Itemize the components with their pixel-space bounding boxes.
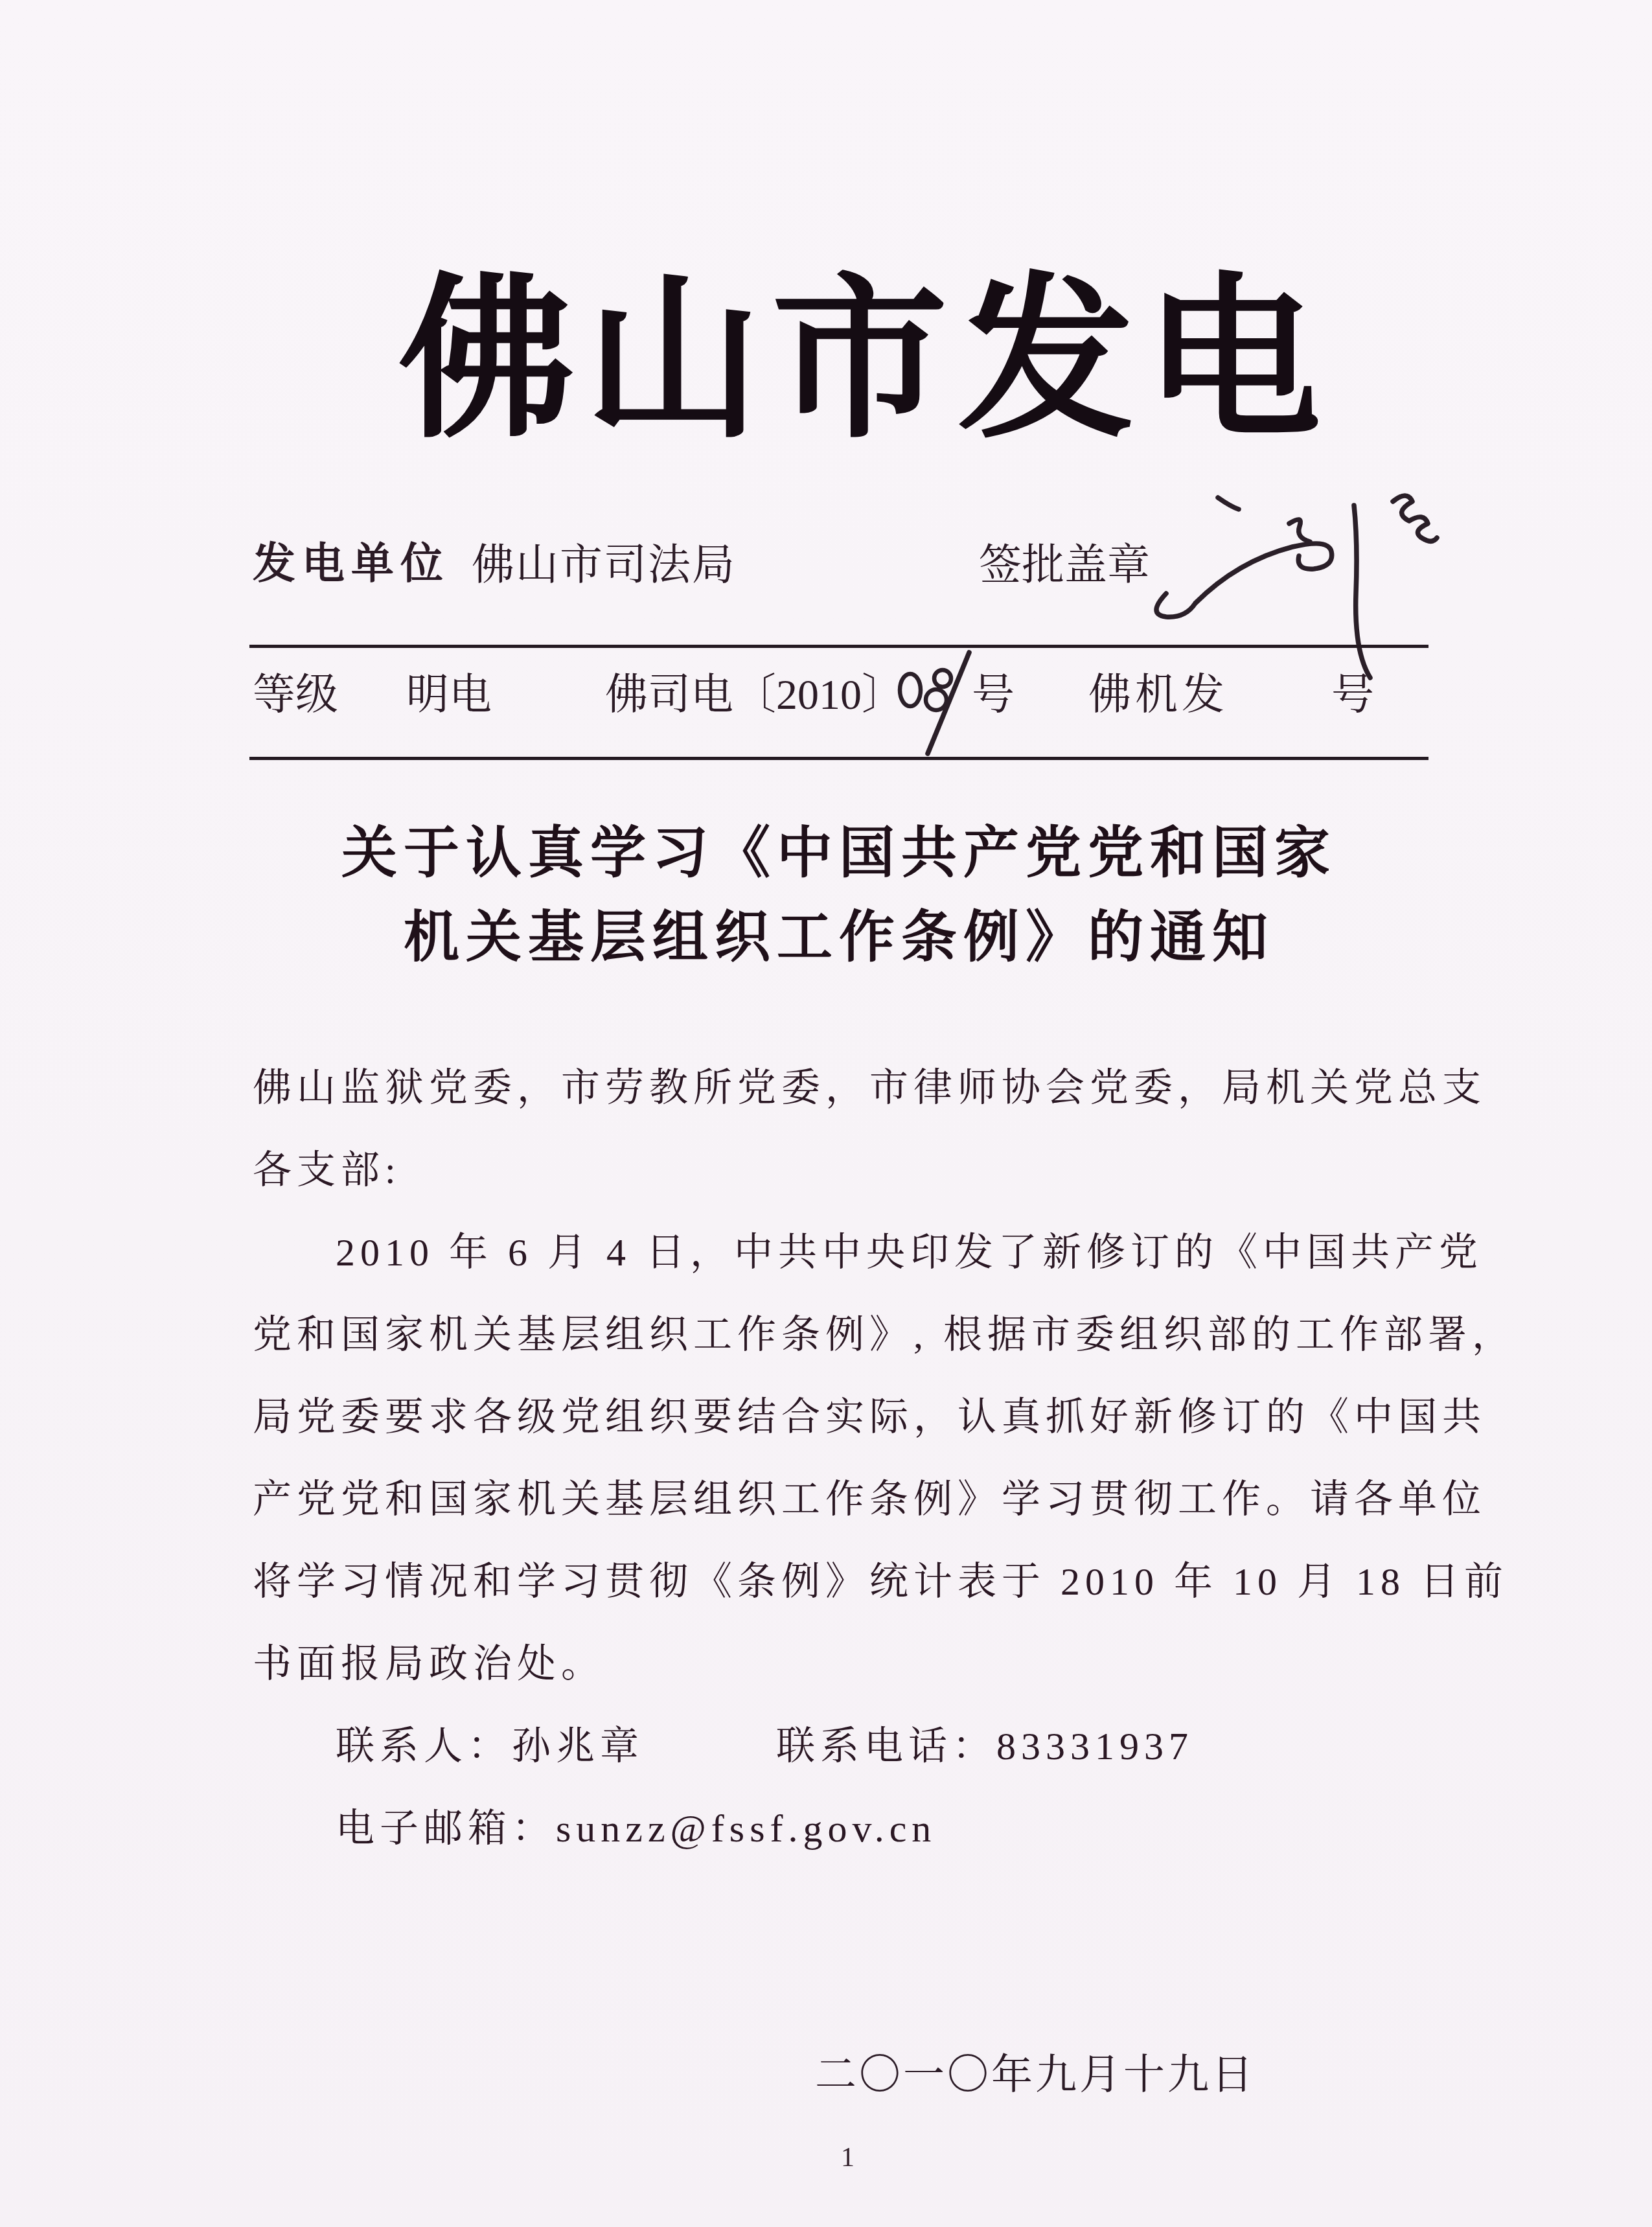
unit-value: 佛山市司法局 — [472, 544, 736, 587]
body-line: 书面报局政治处。 — [253, 1623, 1471, 1705]
body-line: 电子邮箱：sunzz@fssf.gov.cn — [253, 1788, 1471, 1870]
body-line: 党和国家机关基层组织工作条例》, 根据市委组织部的工作部署， — [253, 1294, 1471, 1376]
body-line: 将学习情况和学习贯彻《条例》统计表于 2010 年 10 月 18 日前 — [253, 1541, 1471, 1623]
body-line: 各支部: — [253, 1129, 1471, 1212]
sign-label: 签批盖章 — [979, 544, 1150, 587]
grade-value: 明电 — [406, 674, 492, 717]
grade-label: 等级 — [253, 674, 338, 717]
document-page: 佛山市发电 发电单位 佛山市司法局 签批盖章 等级 明电 佛司电〔2010〕 号… — [0, 0, 1652, 2227]
body-line: 2010 年 6 月 4 日，中共中央印发了新修订的《中国共产党 — [253, 1212, 1471, 1294]
handwritten-number-icon — [894, 638, 985, 761]
notice-body: 佛山监狱党委，市劳教所党委，市律师协会党委，局机关党总支各支部:2010 年 6… — [253, 1047, 1471, 1870]
notice-title: 关于认真学习《中国共产党党和国家 机关基层组织工作条例》的通知 — [13, 811, 1652, 980]
signature-icon — [1140, 464, 1477, 697]
unit-label: 发电单位 — [253, 543, 450, 586]
horizontal-rule-2 — [249, 757, 1428, 760]
page-number: 1 — [841, 2142, 855, 2173]
issue-date: 二〇一〇年九月十九日 — [815, 2041, 1256, 2101]
doc-number-prefix: 佛司电〔2010〕 — [605, 674, 904, 717]
body-line: 佛山监狱党委，市劳教所党委，市律师协会党委，局机关党总支 — [253, 1047, 1471, 1129]
notice-title-line2: 机关基层组织工作条例》的通知 — [13, 895, 1652, 980]
horizontal-rule-1 — [249, 645, 1428, 648]
body-line: 局党委要求各级党组织要结合实际，认真抓好新修订的《中国共 — [253, 1376, 1471, 1459]
issue-suffix: 号 — [1331, 674, 1374, 717]
body-line: 产党党和国家机关基层组织工作条例》学习贯彻工作。请各单位 — [253, 1459, 1471, 1541]
masthead-title: 佛山市发电 — [39, 264, 1652, 458]
issue-code: 佛机发 — [1088, 674, 1228, 717]
body-line: 联系人：孙兆章 联系电话：83331937 — [253, 1705, 1471, 1788]
notice-title-line1: 关于认真学习《中国共产党党和国家 — [13, 811, 1652, 895]
